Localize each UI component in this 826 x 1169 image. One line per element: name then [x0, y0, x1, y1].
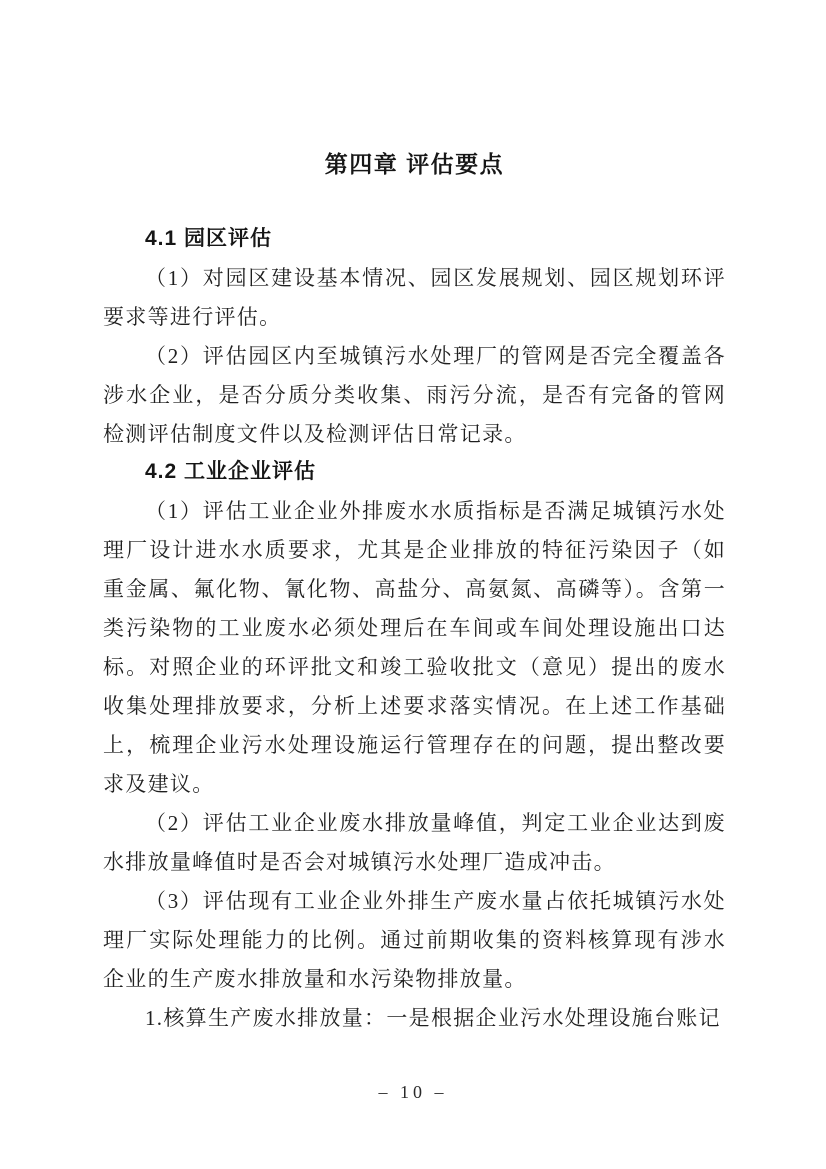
page-content: 第四章 评估要点 4.1 园区评估 （1）对园区建设基本情况、园区发展规划、园区… — [103, 148, 726, 1038]
section-4-2: 4.2 工业企业评估 （1）评估工业企业外排废水水质指标是否满足城镇污水处理厂设… — [103, 458, 726, 1038]
page-number: – 10 – — [379, 1082, 448, 1102]
section-4-1: 4.1 园区评估 （1）对园区建设基本情况、园区发展规划、园区规划环评要求等进行… — [103, 225, 726, 454]
paragraph: （1）对园区建设基本情况、园区发展规划、园区规划环评要求等进行评估。 — [103, 259, 726, 337]
paragraph: （3）评估现有工业企业外排生产废水量占依托城镇污水处理厂实际处理能力的比例。通过… — [103, 882, 726, 999]
chapter-title: 第四章 评估要点 — [103, 148, 726, 180]
document-page: 第四章 评估要点 4.1 园区评估 （1）对园区建设基本情况、园区发展规划、园区… — [0, 0, 826, 1169]
paragraph: （1）评估工业企业外排废水水质指标是否满足城镇污水处理厂设计进水水质要求，尤其是… — [103, 492, 726, 804]
paragraph: （2）评估园区内至城镇污水处理厂的管网是否完全覆盖各涉水企业，是否分质分类收集、… — [103, 337, 726, 454]
paragraph: （2）评估工业企业废水排放量峰值，判定工业企业达到废水排放量峰值时是否会对城镇污… — [103, 804, 726, 882]
paragraph: 1.核算生产废水排放量：一是根据企业污水处理设施台账记 — [103, 999, 726, 1038]
section-heading-4-2: 4.2 工业企业评估 — [103, 458, 726, 486]
page-footer: – 10 – — [0, 1080, 826, 1104]
section-heading-4-1: 4.1 园区评估 — [103, 225, 726, 253]
